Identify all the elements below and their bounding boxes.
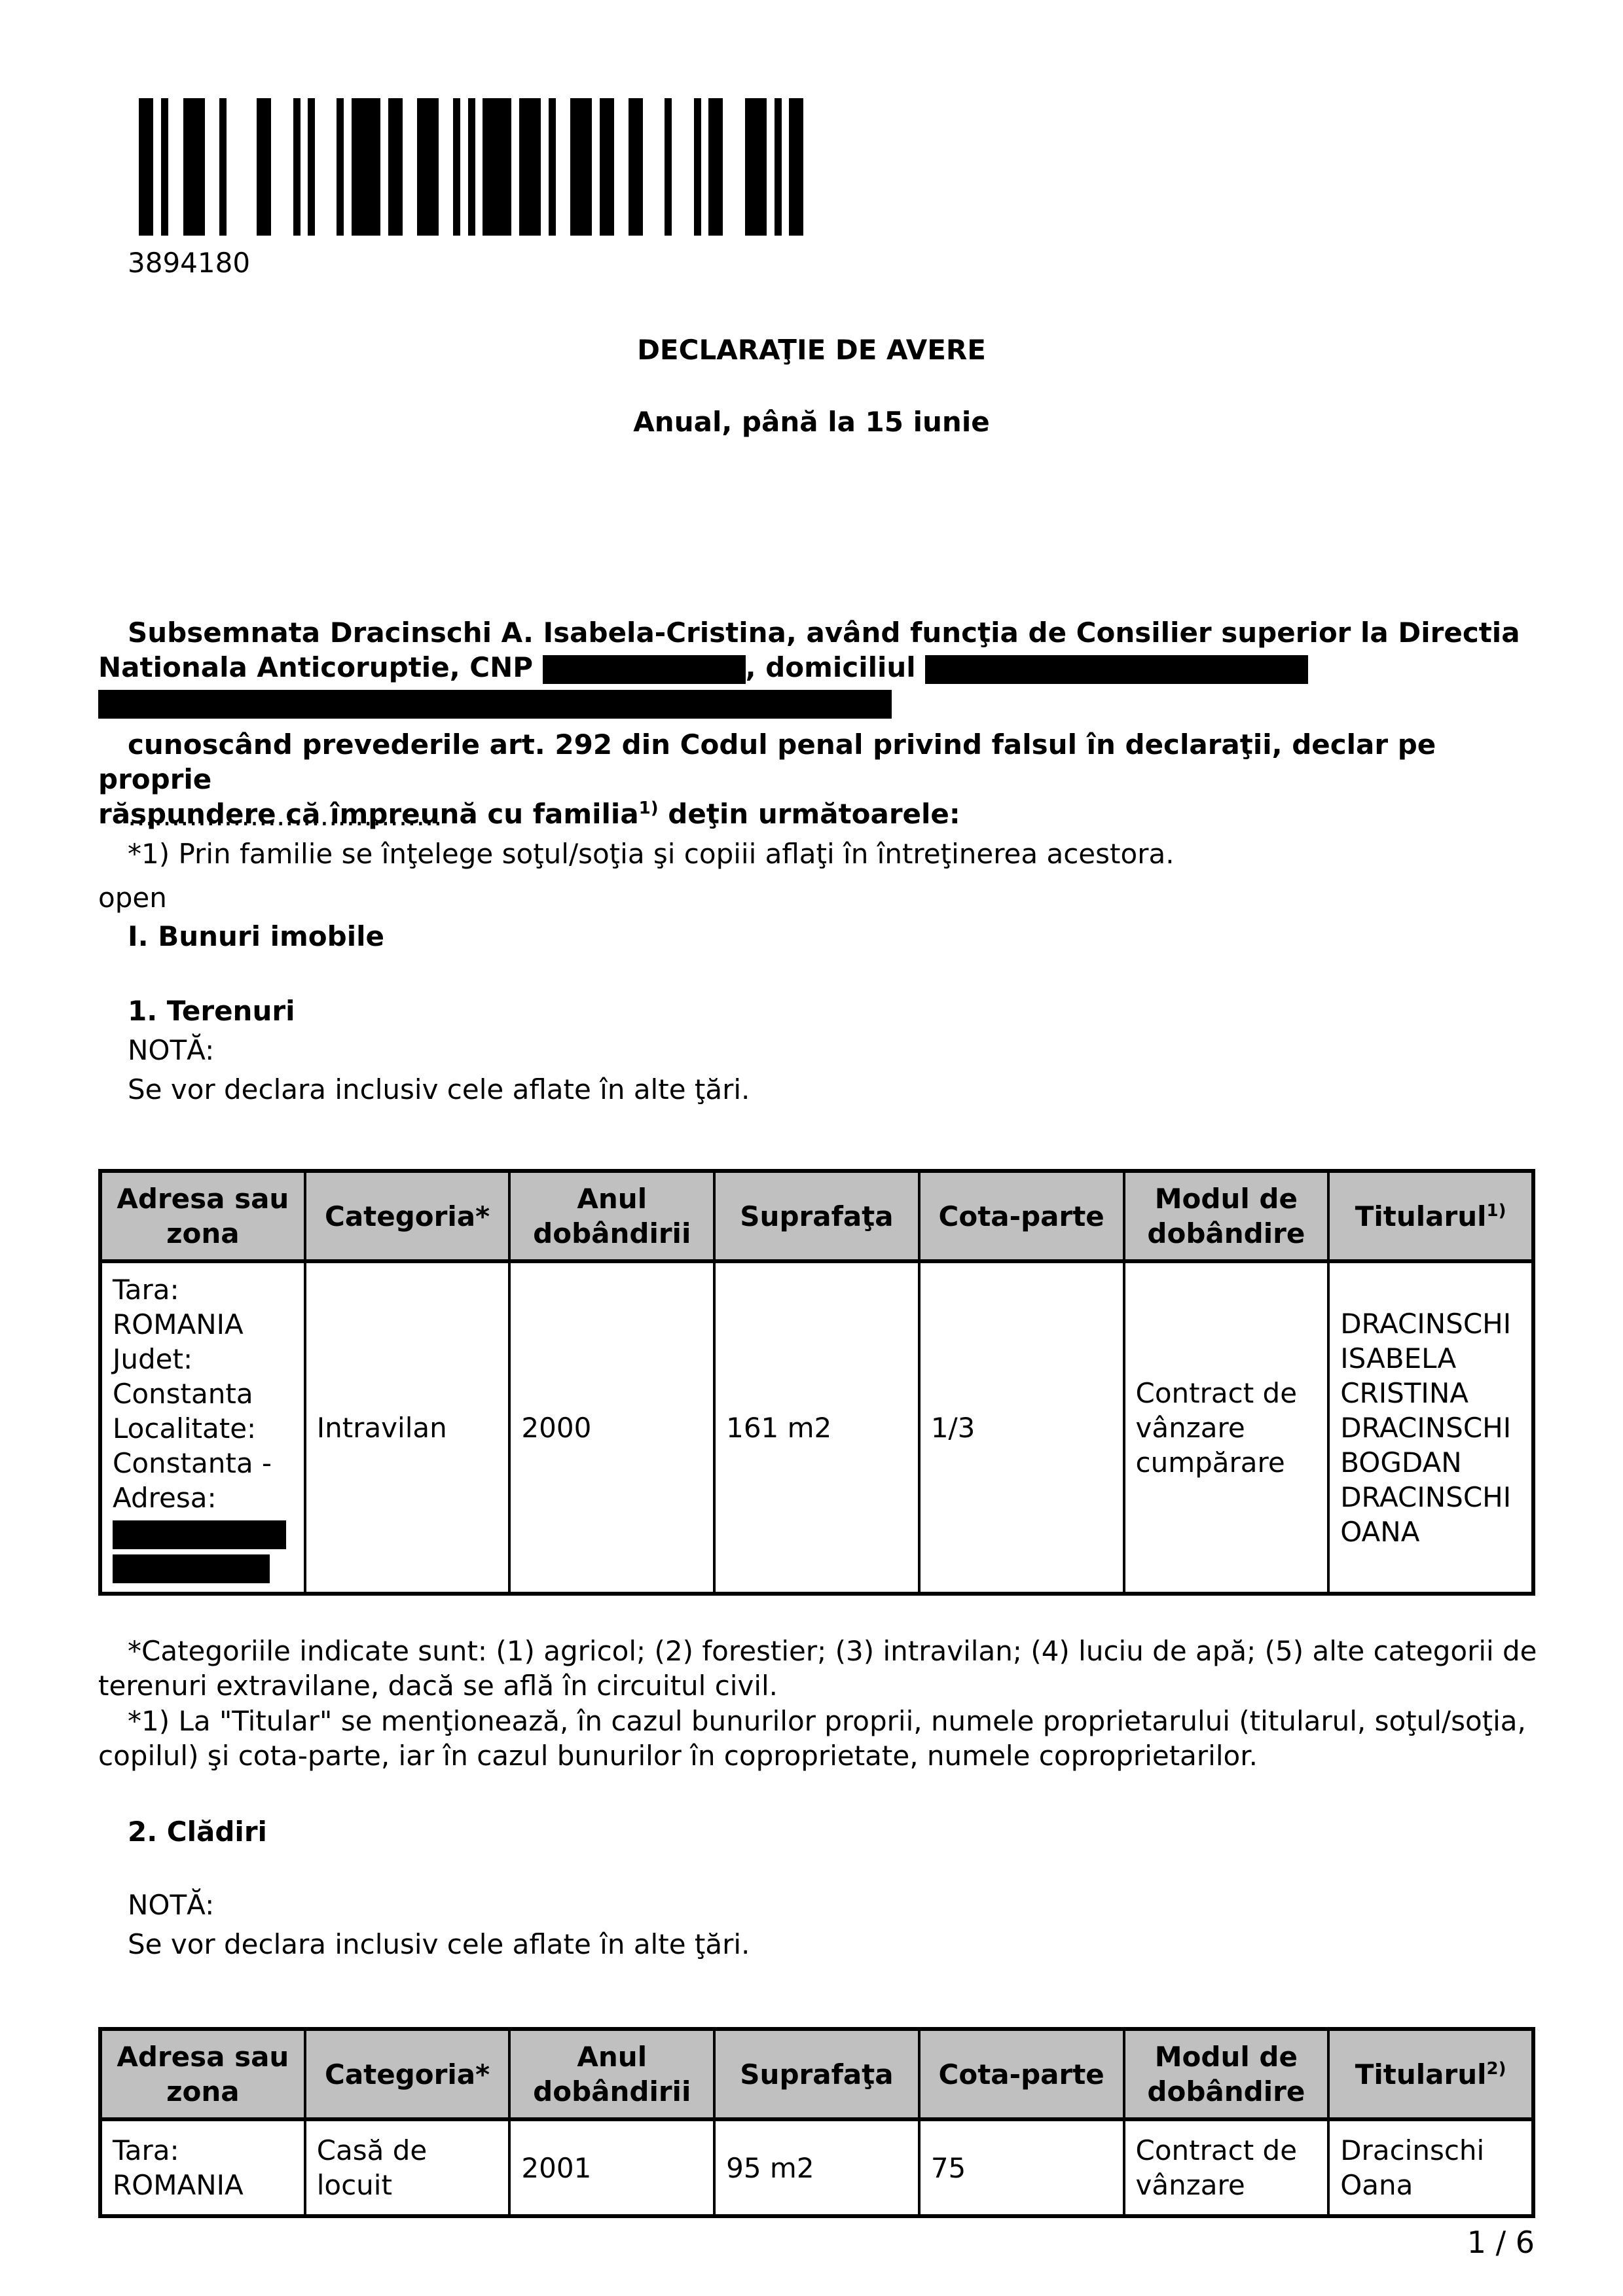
col-header-titular: Titularul2)	[1328, 2029, 1533, 2119]
titular-footnote: *1) La "Titular" se menţionează, în cazu…	[98, 1704, 1539, 1773]
intro-line-2b: , domiciliul	[746, 651, 916, 683]
intro-line-4b: deţin următoarele:	[659, 798, 960, 830]
table-header-row: Adresa sau zona Categoria* Anul dobândir…	[100, 1171, 1533, 1261]
redacted-land-address	[113, 1520, 286, 1549]
open-label: open	[98, 880, 167, 915]
terenuri-table: Adresa sau zona Categoria* Anul dobândir…	[98, 1169, 1535, 1596]
col-header-modul: Modul de dobândire	[1124, 2029, 1329, 2119]
terenuri-note-label: NOTĂ:	[128, 1033, 214, 1067]
cell-cota: 1/3	[919, 1261, 1124, 1594]
cell-adresa-text: Tara: ROMANIA Judet: Constanta Localitat…	[113, 1274, 272, 1514]
cell-titular: DRACINSCHI ISABELA CRISTINA DRACINSCHI B…	[1328, 1261, 1533, 1594]
cell-modul: Contract de vânzare	[1124, 2119, 1329, 2216]
footnote-ref-1: 1)	[639, 798, 659, 818]
cell-adresa: Tara: ROMANIA	[100, 2119, 305, 2216]
col-header-adresa: Adresa sau zona	[100, 2029, 305, 2119]
cell-categoria: Intravilan	[305, 1261, 510, 1594]
col-header-titular-label: Titularul	[1355, 1200, 1487, 1232]
cell-suprafata: 161 m2	[714, 1261, 919, 1594]
footnote-ref-titular: 2)	[1487, 2059, 1506, 2079]
page-indicator: 1 / 6	[1467, 2225, 1535, 2260]
cell-categoria: Casă de locuit	[305, 2119, 510, 2216]
document-subtitle: Anual, până la 15 iunie	[0, 404, 1623, 439]
subsection-heading-cladiri: 2. Clădiri	[128, 1814, 267, 1849]
col-header-modul: Modul de dobândire	[1124, 1171, 1329, 1261]
redacted-address-continued	[98, 690, 892, 719]
cell-modul: Contract de vânzare cumpărare	[1124, 1261, 1329, 1594]
titular-footnote-text: *1) La "Titular" se menţionează, în cazu…	[98, 1705, 1526, 1772]
col-header-suprafata: Suprafaţa	[714, 2029, 919, 2119]
cladiri-note-label: NOTĂ:	[128, 1888, 214, 1922]
col-header-anul: Anul dobândirii	[509, 2029, 714, 2119]
barcode-icon	[139, 98, 885, 236]
subsection-heading-terenuri: 1. Terenuri	[128, 994, 295, 1028]
intro-line-2a: Nationala Anticoruptie, CNP	[98, 651, 533, 683]
redacted-land-address-2	[113, 1554, 270, 1583]
categories-footnote: *Categoriile indicate sunt: (1) agricol;…	[98, 1634, 1539, 1703]
col-header-cota: Cota-parte	[919, 1171, 1124, 1261]
cell-anul: 2001	[509, 2119, 714, 2216]
cell-suprafata: 95 m2	[714, 2119, 919, 2216]
cell-anul: 2000	[509, 1261, 714, 1594]
redacted-cnp	[543, 655, 746, 684]
col-header-categoria: Categoria*	[305, 1171, 510, 1261]
cell-cota: 75	[919, 2119, 1124, 2216]
table-row: Tara: ROMANIA Casă de locuit 2001 95 m2 …	[100, 2119, 1533, 2216]
cladiri-table: Adresa sau zona Categoria* Anul dobândir…	[98, 2027, 1535, 2218]
categories-footnote-text: *Categoriile indicate sunt: (1) agricol;…	[98, 1635, 1537, 1702]
document-title: DECLARAŢIE DE AVERE	[0, 332, 1623, 367]
col-header-adresa: Adresa sau zona	[100, 1171, 305, 1261]
dotted-line: ....................................	[128, 798, 443, 833]
barcode-number: 3894180	[128, 245, 250, 280]
terenuri-note-text: Se vor declara inclusiv cele aflate în a…	[128, 1072, 750, 1107]
footnote-ref-titular: 1)	[1487, 1201, 1506, 1221]
redacted-address	[925, 655, 1308, 684]
intro-line-3: cunoscând prevederile art. 292 din Codul…	[98, 728, 1436, 795]
section-heading-bunuri-imobile: I. Bunuri imobile	[128, 919, 384, 954]
col-header-categoria: Categoria*	[305, 2029, 510, 2119]
col-header-titular-label: Titularul	[1355, 2058, 1487, 2090]
col-header-cota: Cota-parte	[919, 2029, 1124, 2119]
family-footnote: *1) Prin familie se înţelege soţul/soţia…	[128, 836, 1175, 871]
col-header-anul: Anul dobândirii	[509, 1171, 714, 1261]
table-row: Tara: ROMANIA Judet: Constanta Localitat…	[100, 1261, 1533, 1594]
table-header-row: Adresa sau zona Categoria* Anul dobândir…	[100, 2029, 1533, 2119]
intro-line-1: Subsemnata Dracinschi A. Isabela-Cristin…	[128, 617, 1520, 649]
col-header-suprafata: Suprafaţa	[714, 1171, 919, 1261]
col-header-titular: Titularul1)	[1328, 1171, 1533, 1261]
cell-titular: Dracinschi Oana	[1328, 2119, 1533, 2216]
cladiri-note-text: Se vor declara inclusiv cele aflate în a…	[128, 1927, 750, 1962]
cell-adresa: Tara: ROMANIA Judet: Constanta Localitat…	[100, 1261, 305, 1594]
